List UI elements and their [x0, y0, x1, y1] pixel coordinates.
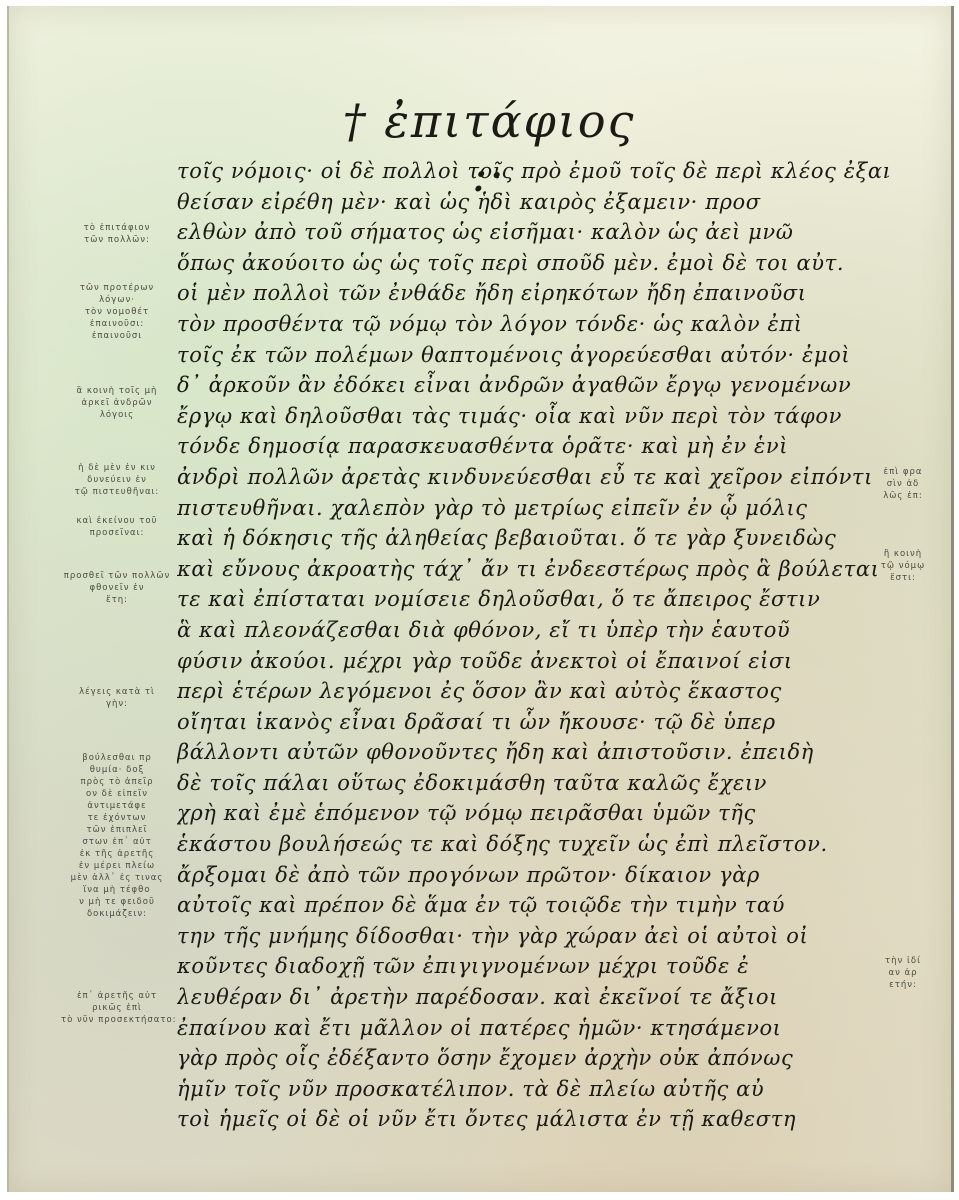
text-line: ἄρξομαι δὲ ἀπὸ τῶν προγόνων πρῶτον· δίκα…	[177, 860, 889, 891]
text-line: λευθέραν δι᾽ ἀρετὴν παρέδοσαν. καὶ ἐκεῖν…	[177, 982, 889, 1013]
marginal-line: τῷ νόμῳ	[867, 560, 939, 572]
marginal-line: ἵνα μὴ τέφθο	[61, 884, 173, 896]
left-marginalia-note: καὶ ἐκείνου τοῦπροσεῖναι:	[61, 515, 173, 539]
text-line: βάλλοντι αὐτῶν φθονοῦντες ἤδη καὶ ἀπιστο…	[177, 737, 889, 768]
marginal-line: λέγεις κατὰ τὶ	[61, 686, 173, 698]
left-marginalia-note: προσθεῖ τῶν πολλῶνφθονεῖν ἐνἔτη:	[61, 570, 173, 606]
text-line: ἐπαίνου καὶ ἔτι μᾶλλον οἱ πατέρες ἡμῶν· …	[177, 1013, 889, 1044]
marginal-line: σὶν ἀδ	[867, 478, 939, 490]
marginal-line: ἐπαινοῦσι	[61, 330, 173, 342]
text-line: περὶ ἑτέρων λεγόμενοι ἐς ὅσον ἂν καὶ αὐτ…	[177, 676, 889, 707]
marginal-line: ἢ κοινὴ	[867, 548, 939, 560]
text-line: την τῆς μνήμης δίδοσθαι· τὴν γὰρ χώραν ἀ…	[177, 921, 889, 952]
text-line: ἀνδρὶ πολλῶν ἀρετὰς κινδυνεύεσθαι εὖ τε …	[177, 462, 889, 493]
text-line: ἔργῳ καὶ δηλοῦσθαι τὰς τιμάς· οἷα καὶ νῦ…	[177, 401, 889, 432]
manuscript-page: † ἐπιτάφιος :· τοῖς νόμοις· οἱ δὲ πολλοὶ…	[7, 6, 954, 1192]
marginal-line: τῷ πιστευθῆναι:	[61, 486, 173, 498]
marginal-line: τε ἐχόντων	[61, 812, 173, 824]
left-marginalia-note: τὸ ἐπιτάφιοντῶν πολλῶν:	[61, 222, 173, 246]
marginal-line: ἀντιμετάφε	[61, 800, 173, 812]
marginal-line: γὴν:	[61, 698, 173, 710]
text-line: χρὴ καὶ ἐμὲ ἑπόμενον τῷ νόμῳ πειρᾶσθαι ὑ…	[177, 798, 889, 829]
marginal-line: λόγοις	[61, 409, 173, 421]
marginal-line: ἔτη:	[61, 594, 173, 606]
marginal-line: δυνεύειν ἐν	[61, 474, 173, 486]
left-marginalia-note: λέγεις κατὰ τὶγὴν:	[61, 686, 173, 710]
marginal-line: ετήν:	[867, 979, 939, 991]
text-line: οἱ μὲν πολλοὶ τῶν ἐνθάδε ἤδη εἰρηκότων ἤ…	[177, 278, 889, 309]
right-marginalia-note: τὴν ἰδίαν ἀρετήν:	[867, 955, 939, 991]
marginal-line: προσθεῖ τῶν πολλῶν	[61, 570, 173, 582]
text-line: τε καὶ ἐπίσταται νομίσειε δηλοῦσθαι, ὅ τ…	[177, 584, 889, 615]
marginal-line: αν ἀρ	[867, 967, 939, 979]
marginal-line: ἐν μέρει πλείω	[61, 860, 173, 872]
marginal-line: τὸ νῦν προσεκτήσατο:	[61, 1014, 173, 1026]
text-line: φύσιν ἀκούοι. μέχρι γὰρ τοῦδε ἀνεκτοὶ οἱ…	[177, 646, 889, 677]
left-marginalia-note: ἐπ᾽ ἀρετῆς αὐτρικῶς ἐπὶτὸ νῦν προσεκτήσα…	[61, 990, 173, 1026]
text-line: τόνδε δημοσίᾳ παρασκευασθέντα ὁρᾶτε· καὶ…	[177, 431, 889, 462]
text-line: τοῖς ἐκ τῶν πολέμων θαπτομένοις ἀγορεύεσ…	[177, 340, 889, 371]
text-line: ὅπως ἀκούοιτο ὡς ὡς τοῖς περὶ σποῦδ μὲν.…	[177, 248, 889, 279]
marginal-line: καὶ ἐκείνου τοῦ	[61, 515, 173, 527]
text-line: ελθὼν ἀπὸ τοῦ σήματος ὡς εἰσῆμαι· καλὸν …	[177, 217, 889, 248]
marginal-line: ἐπ᾽ ἀρετῆς αὐτ	[61, 990, 173, 1002]
marginal-line: προσεῖναι:	[61, 527, 173, 539]
marginal-line: ν μὴ τε φειδοῦ	[61, 896, 173, 908]
marginal-line: ἃ κοινὴ τοῖς μὴ	[61, 385, 173, 397]
text-line: καὶ ἡ δόκησις τῆς ἀληθείας βεβαιοῦται. ὅ…	[177, 523, 889, 554]
marginal-line: μὲν ἀλλ᾽ ἐς τινας	[61, 872, 173, 884]
text-line: ἡμῖν τοῖς νῦν προσκατέλιπον. τὰ δὲ πλείω…	[177, 1074, 889, 1105]
marginal-line: στων ἐπ᾽ αὐτ	[61, 836, 173, 848]
text-line: αὐτοῖς καὶ πρέπον δὲ ἅμα ἐν τῷ τοιῷδε τὴ…	[177, 890, 889, 921]
marginal-line: φθονεῖν ἐν	[61, 582, 173, 594]
main-text-block: τοῖς νόμοις· οἱ δὲ πολλοὶ τοῖς πρὸ ἐμοῦ …	[177, 156, 889, 1135]
text-line: δὲ τοῖς πάλαι οὕτως ἐδοκιμάσθη ταῦτα καλ…	[177, 768, 889, 799]
left-marginalia-note: ἃ κοινὴ τοῖς μὴἀρκεῖ ἀνδρῶνλόγοις	[61, 385, 173, 421]
text-line: γὰρ πρὸς οἷς ἐδέξαντο ὅσην ἔχομεν ἀρχὴν …	[177, 1043, 889, 1074]
left-marginalia-note: τῶν προτέρωνλόγων·τὸν νομοθέτἐπαινοῦσι:ἐ…	[61, 282, 173, 342]
text-line: θείσαν εἰρέθη μὲν· καὶ ὡς ἡδὶ καιρὸς ἐξα…	[177, 187, 889, 218]
marginal-line: λῶς ἐπ:	[867, 490, 939, 502]
marginal-line: δοκιμάζειν:	[61, 908, 173, 920]
marginal-line: ἐπὶ φρα	[867, 466, 939, 478]
text-line: ἑκάστου βουλήσεώς τε καὶ δόξης τυχεῖν ὡς…	[177, 829, 889, 860]
marginal-line: τὴν ἰδί	[867, 955, 939, 967]
marginal-line: ἡ δὲ μὲν ἐν κιν	[61, 462, 173, 474]
marginal-line: ἐπαινοῦσι:	[61, 318, 173, 330]
text-line: τὸν προσθέντα τῷ νόμῳ τὸν λόγον τόνδε· ὡ…	[177, 309, 889, 340]
marginal-line: θυμία· δοξ	[61, 764, 173, 776]
marginal-line: τῶν πολλῶν:	[61, 234, 173, 246]
marginal-line: ἔστι:	[867, 572, 939, 584]
right-marginalia-note: ἢ κοινὴτῷ νόμῳἔστι:	[867, 548, 939, 584]
marginal-line: πρὸς τὸ ἀπεῖρ	[61, 776, 173, 788]
text-line: δ᾽ ἀρκοῦν ἂν ἐδόκει εἶναι ἀνδρῶν ἀγαθῶν …	[177, 370, 889, 401]
text-line: κοῦντες διαδοχῇ τῶν ἐπιγιγνομένων μέχρι …	[177, 951, 889, 982]
text-line: ἃ καὶ πλεονάζεσθαι διὰ φθόνον, εἴ τι ὑπὲ…	[177, 615, 889, 646]
marginal-line: βούλεσθαι πρ	[61, 752, 173, 764]
text-line: τοῖς νόμοις· οἱ δὲ πολλοὶ τοῖς πρὸ ἐμοῦ …	[177, 156, 889, 187]
marginal-line: ον δὲ εἰπεῖν	[61, 788, 173, 800]
text-line: καὶ εὔνους ἀκροατὴς τάχ᾽ ἄν τι ἐνδεεστέρ…	[177, 554, 889, 585]
right-marginalia-note: ἐπὶ φρασὶν ἀδλῶς ἐπ:	[867, 466, 939, 502]
marginal-line: τῶν προτέρων	[61, 282, 173, 294]
marginal-line: λόγων·	[61, 294, 173, 306]
marginal-line: ἀρκεῖ ἀνδρῶν	[61, 397, 173, 409]
left-marginalia-note: ἡ δὲ μὲν ἐν κινδυνεύειν ἐντῷ πιστευθῆναι…	[61, 462, 173, 498]
left-marginalia-note: βούλεσθαι πρθυμία· δοξπρὸς τὸ ἀπεῖρον δὲ…	[61, 752, 173, 920]
marginal-line: τὸ ἐπιτάφιον	[61, 222, 173, 234]
marginal-line: τὸν νομοθέτ	[61, 306, 173, 318]
marginal-line: ἐκ τῆς ἀρετῆς	[61, 848, 173, 860]
text-line: πιστευθῆναι. χαλεπὸν γὰρ τὸ μετρίως εἰπε…	[177, 493, 889, 524]
marginal-line: τῶν ἐπιπλεῖ	[61, 824, 173, 836]
text-line: οἴηται ἱκανὸς εἶναι δρᾶσαί τι ὧν ἤκουσε·…	[177, 707, 889, 738]
text-line: τοὶ ἡμεῖς οἱ δὲ οἱ νῦν ἔτι ὄντες μάλιστα…	[177, 1104, 889, 1135]
marginal-line: ρικῶς ἐπὶ	[61, 1002, 173, 1014]
